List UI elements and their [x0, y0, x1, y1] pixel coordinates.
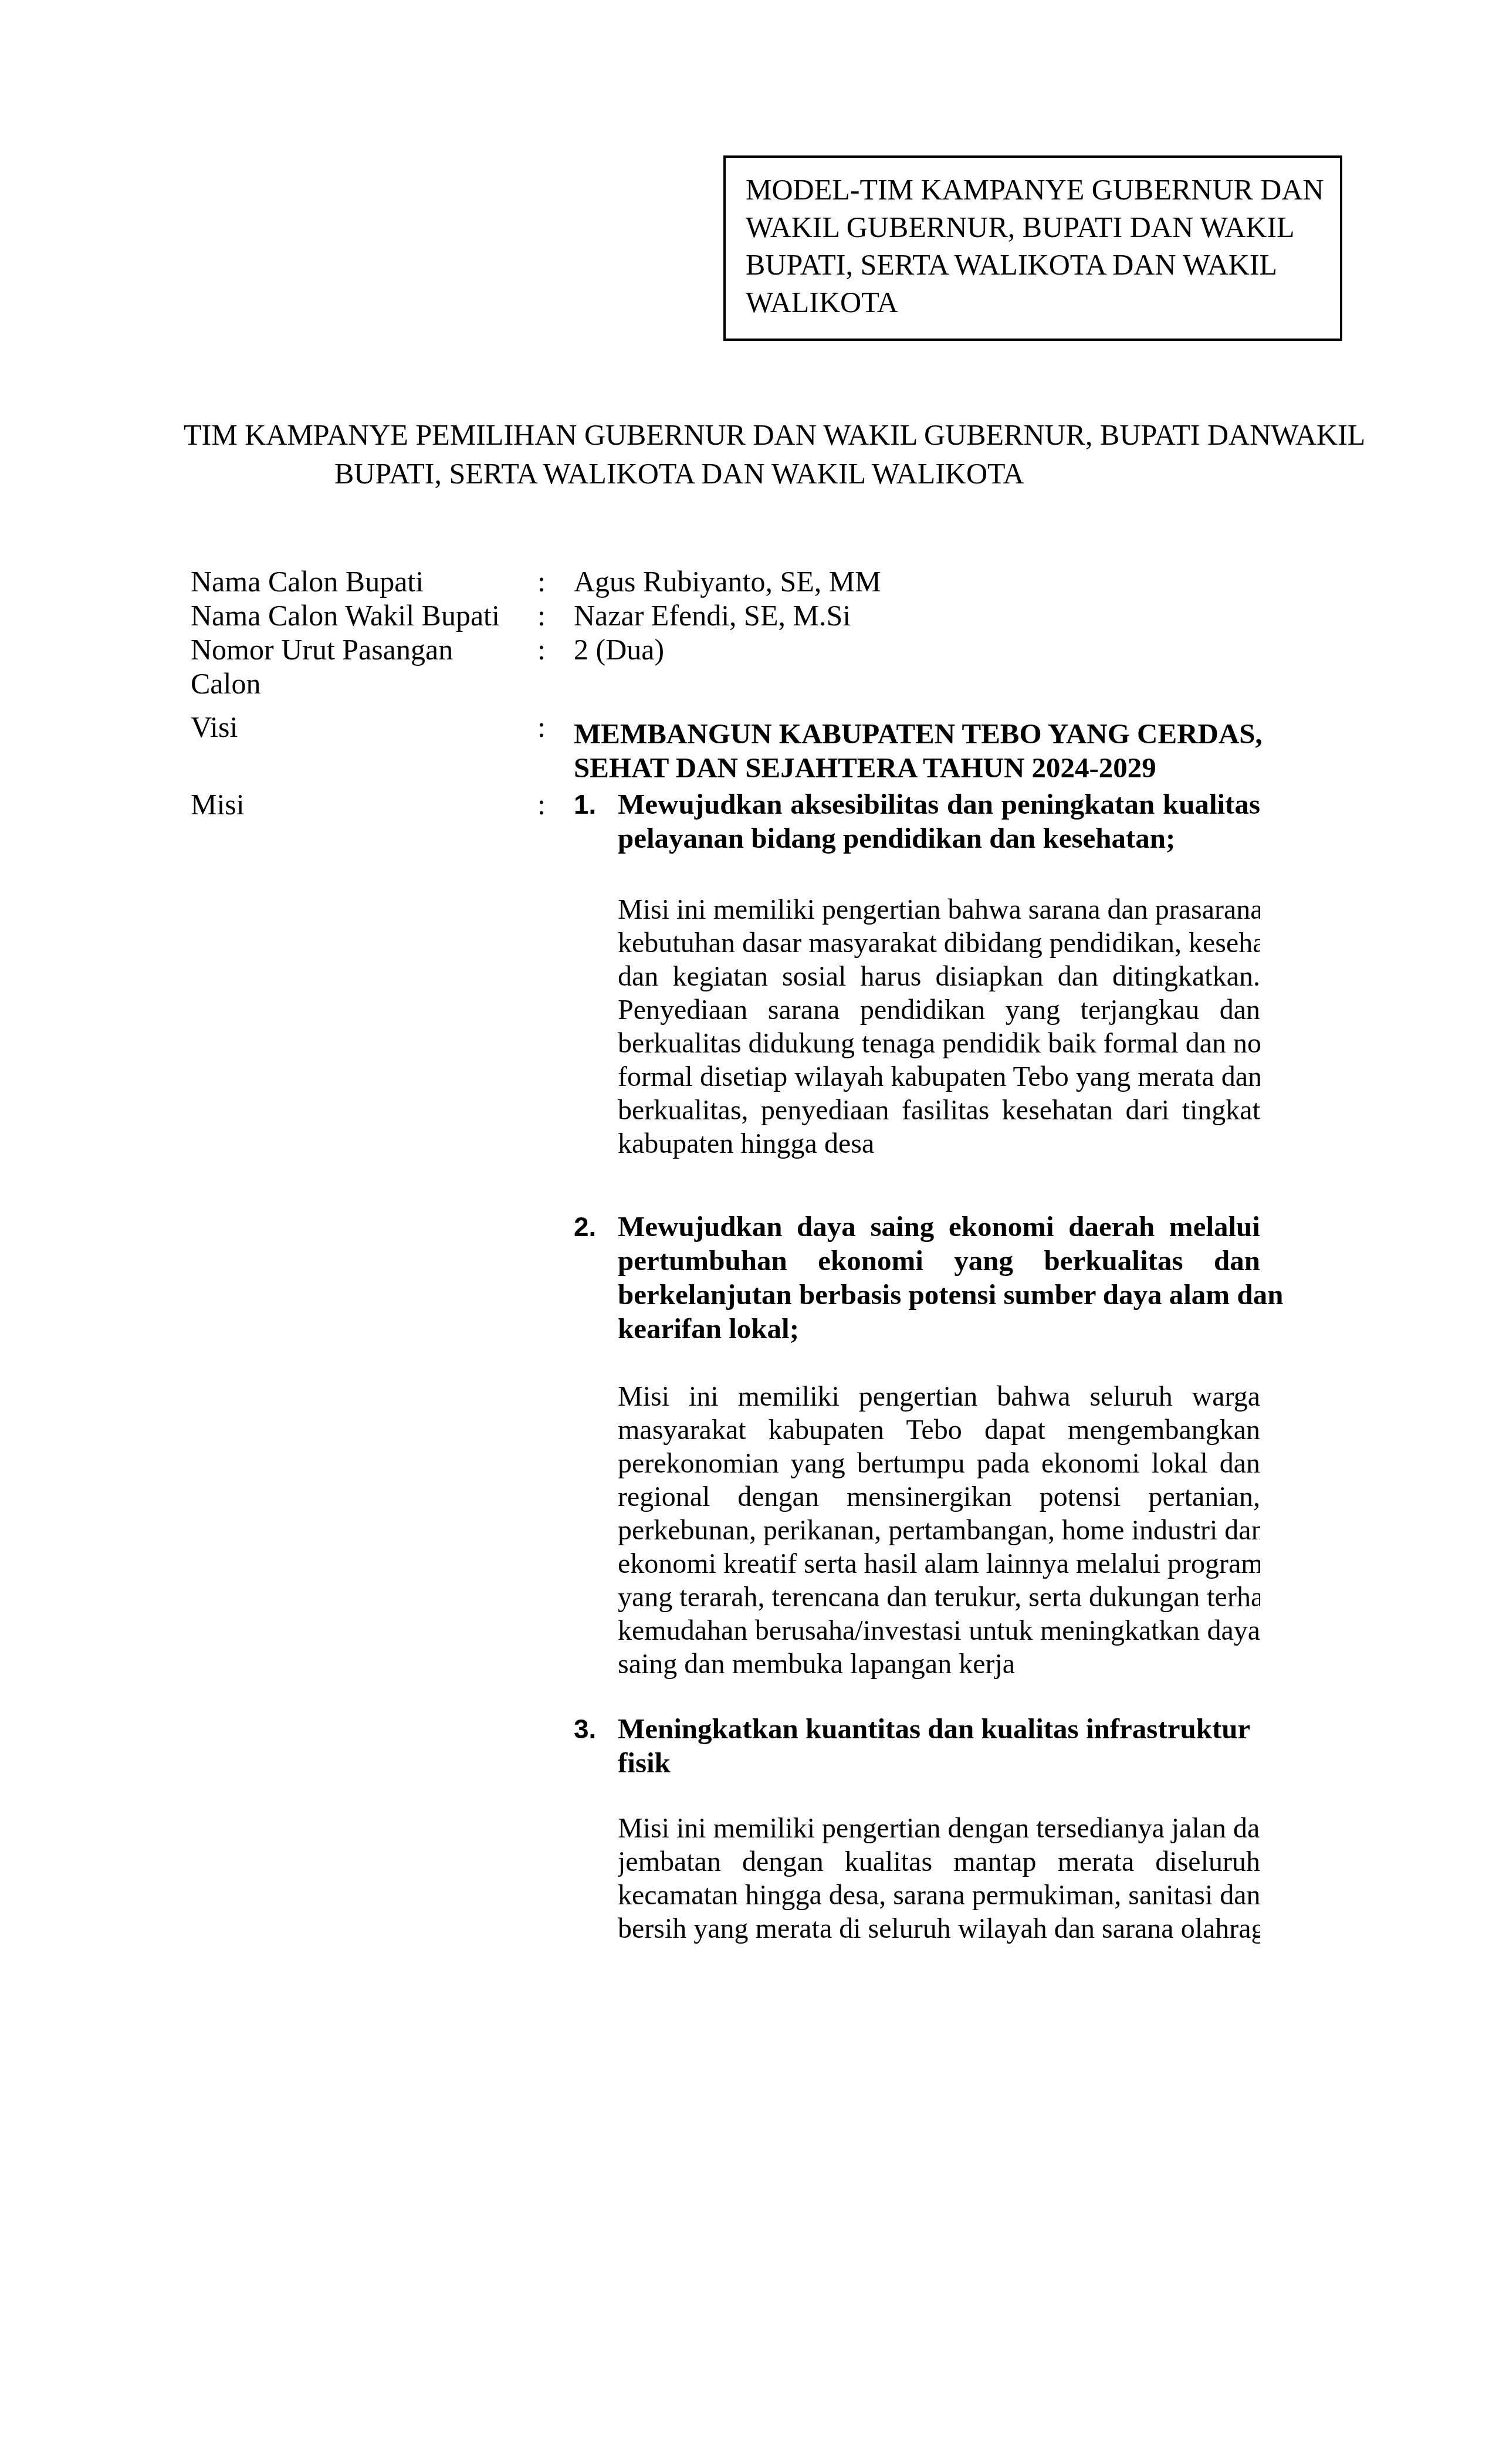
mission-title: Meningkatkan kuantitas dan kualitas infr…	[618, 1712, 1260, 1780]
model-label-line: BUPATI, SERTA WALIKOTA DAN WAKIL	[746, 246, 1322, 283]
mission-title: Mewujudkan aksesibilitas dan peningkatan…	[618, 787, 1260, 855]
mission-title-line: pelayanan bidang pendidikan dan kesehata…	[618, 821, 1260, 855]
mission-description: Misi ini memiliki pengertian dengan ters…	[618, 1812, 1260, 1945]
mission-description-line: dan kegiatan sosial harus disiapkan dan …	[618, 960, 1260, 993]
mission-title-line: pertumbuhan ekonomi yang berkualitas dan	[618, 1244, 1260, 1278]
mission-description-line: kecamatan hingga desa, sarana permukiman…	[618, 1879, 1260, 1912]
model-label-line: WALIKOTA	[746, 283, 1322, 321]
mission-description-line: Misi ini memiliki pengertian dengan ters…	[618, 1812, 1260, 1845]
mission-description-line: bersih yang merata di seluruh wilayah da…	[618, 1912, 1260, 1945]
field-value: 2 (Dua)	[574, 632, 664, 666]
visi-value-line-1: MEMBANGUN KABUPATEN TEBO YANG CERDAS,	[574, 717, 1263, 751]
field-separator: :	[537, 564, 546, 598]
field-separator: :	[537, 598, 546, 632]
mission-description-line: kabupaten hingga desa	[618, 1127, 1260, 1160]
mission-description-line: yang terarah, terencana dan terukur, ser…	[618, 1580, 1260, 1614]
mission-description: Misi ini memiliki pengertian bahwa selur…	[618, 1380, 1260, 1681]
mission-description-line: Misi ini memiliki pengertian bahwa saran…	[618, 893, 1260, 926]
field-label: Nomor Urut Pasangan	[191, 632, 519, 666]
field-label: Visi	[191, 710, 519, 744]
field-label: Misi	[191, 787, 519, 821]
mission-title-line: berkelanjutan berbasis potensi sumber da…	[618, 1278, 1260, 1312]
field-separator: :	[537, 632, 546, 666]
mission-description-line: masyarakat kabupaten Tebo dapat mengemba…	[618, 1413, 1260, 1447]
mission-description-line: saing dan membuka lapangan kerja	[618, 1647, 1260, 1681]
field-value: Nazar Efendi, SE, M.Si	[574, 598, 851, 632]
model-label-line: MODEL-TIM KAMPANYE GUBERNUR DAN	[746, 171, 1322, 208]
mission-title-line: Mewujudkan daya saing ekonomi daerah mel…	[618, 1210, 1260, 1244]
mission-description-line: Misi ini memiliki pengertian bahwa selur…	[618, 1380, 1260, 1413]
field-label: Nama Calon Wakil Bupati	[191, 598, 519, 632]
field-calon-bupati: Nama Calon Bupati : Agus Rubiyanto, SE, …	[0, 564, 1496, 598]
mission-description: Misi ini memiliki pengertian bahwa saran…	[618, 893, 1260, 1160]
model-label-box: MODEL-TIM KAMPANYE GUBERNUR DAN WAKIL GU…	[723, 155, 1342, 341]
field-nomor-urut: Nomor Urut Pasangan Calon : 2 (Dua)	[0, 632, 1496, 700]
mission-description-line: perkebunan, perikanan, pertambangan, hom…	[618, 1514, 1260, 1547]
mission-title-line: kearifan lokal;	[618, 1312, 1260, 1346]
field-label-continued: Calon	[191, 666, 519, 700]
mission-title-line: Meningkatkan kuantitas dan kualitas infr…	[618, 1712, 1260, 1746]
document-page: MODEL-TIM KAMPANYE GUBERNUR DAN WAKIL GU…	[0, 0, 1496, 2464]
mission-description-line: jembatan dengan kualitas mantap merata d…	[618, 1845, 1260, 1879]
mission-number: 2.	[574, 1210, 596, 1244]
mission-number: 1.	[574, 787, 596, 821]
document-title-line-2: BUPATI, SERTA WALIKOTA DAN WAKIL WALIKOT…	[334, 454, 1024, 493]
model-label-line: WAKIL GUBERNUR, BUPATI DAN WAKIL	[746, 208, 1322, 246]
mission-title-line: Mewujudkan aksesibilitas dan peningkatan…	[618, 787, 1260, 821]
mission-description-line: kemudahan berusaha/investasi untuk menin…	[618, 1614, 1260, 1647]
mission-title-line: fisik	[618, 1746, 1260, 1780]
mission-description-line: berkualitas, penyediaan fasilitas keseha…	[618, 1094, 1260, 1127]
mission-description-line: perekonomian yang bertumpu pada ekonomi …	[618, 1447, 1260, 1480]
mission-description-line: berkualitas didukung tenaga pendidik bai…	[618, 1027, 1260, 1060]
field-separator: :	[537, 787, 546, 821]
mission-description-line: formal disetiap wilayah kabupaten Tebo y…	[618, 1060, 1260, 1094]
mission-description-line: Penyediaan sarana pendidikan yang terjan…	[618, 993, 1260, 1027]
mission-title: Mewujudkan daya saing ekonomi daerah mel…	[618, 1210, 1260, 1346]
mission-number: 3.	[574, 1712, 596, 1746]
field-value: Agus Rubiyanto, SE, MM	[574, 564, 881, 598]
mission-description-line: regional dengan mensinergikan potensi pe…	[618, 1480, 1260, 1514]
visi-value-line-2: SEHAT DAN SEJAHTERA TAHUN 2024-2029	[574, 751, 1156, 785]
field-label: Nama Calon Bupati	[191, 564, 519, 598]
field-separator: :	[537, 710, 546, 744]
mission-description-line: kebutuhan dasar masyarakat dibidang pend…	[618, 926, 1260, 960]
document-title-line-1: TIM KAMPANYE PEMILIHAN GUBERNUR DAN WAKI…	[184, 415, 1365, 454]
mission-description-line: ekonomi kreatif serta hasil alam lainnya…	[618, 1547, 1260, 1580]
field-calon-wakil-bupati: Nama Calon Wakil Bupati : Nazar Efendi, …	[0, 598, 1496, 632]
